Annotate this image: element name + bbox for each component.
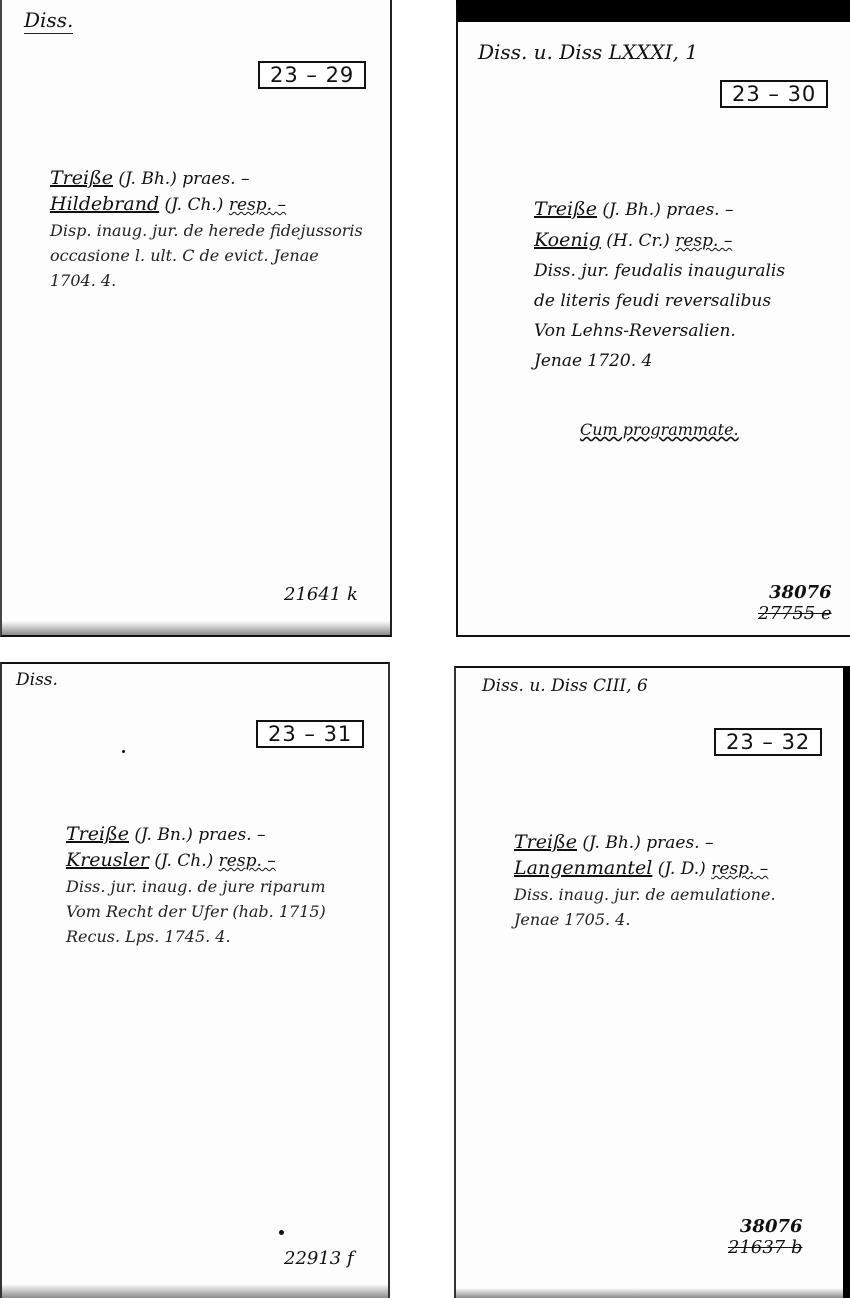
accession-number: 38076 21637 b xyxy=(728,1216,803,1258)
title-line: Disp. inaug. jur. de herede fidejussoris xyxy=(50,218,363,243)
shelf-mark: Diss. xyxy=(24,8,73,34)
praeses-role: praes. – xyxy=(666,200,733,220)
ink-speck xyxy=(122,750,125,753)
accession-line-struck: 27755 e xyxy=(758,603,832,624)
title-line: Jenae 1720. 4 xyxy=(534,346,785,376)
title-line: Diss. jur. feudalis inauguralis xyxy=(534,256,785,286)
title-line: Jenae 1705. 4. xyxy=(514,907,776,932)
praeses-role: praes. – xyxy=(646,833,713,853)
shelf-mark: Diss. u. Diss CIII, 6 xyxy=(482,676,648,696)
accession-line-struck: 21637 b xyxy=(728,1237,803,1258)
respondent-role: resp. – xyxy=(229,195,286,215)
call-number-box: 23 – 29 xyxy=(258,61,366,89)
catalog-card-23-31: Diss. 23 – 31 Treiße (J. Bn.) praes. – K… xyxy=(0,662,390,1298)
program-note: Cum programmate. xyxy=(580,420,739,439)
praeses-initials: (J. Bh.) xyxy=(582,833,640,853)
catalog-entry: Treiße (J. Bh.) praes. – Langenmantel (J… xyxy=(514,830,776,932)
accession-line: 22913 f xyxy=(284,1248,354,1269)
call-number-box: 23 – 30 xyxy=(720,80,828,108)
praeses-role: praes. – xyxy=(198,825,265,845)
praeses-role: praes. – xyxy=(182,169,249,189)
praeses-name: Treiße xyxy=(534,198,597,220)
title-line: Diss. jur. inaug. de jure riparum xyxy=(66,874,326,899)
card-shadow xyxy=(456,1288,843,1298)
praeses-name: Treiße xyxy=(66,823,129,845)
accession-line: 38076 xyxy=(758,582,832,603)
title-line: occasione l. ult. C de evict. Jenae xyxy=(50,243,363,268)
respondent-initials: (H. Cr.) xyxy=(606,231,670,251)
accession-number: 21641 k xyxy=(284,584,358,605)
catalog-entry: Treiße (J. Bh.) praes. – Koenig (H. Cr.)… xyxy=(534,194,785,376)
call-number-box: 23 – 32 xyxy=(714,728,822,756)
respondent-initials: (J. Ch.) xyxy=(165,195,224,215)
shelf-mark: Diss. u. Diss LXXXI, 1 xyxy=(478,40,698,64)
catalog-card-23-32: Diss. u. Diss CIII, 6 23 – 32 Treiße (J.… xyxy=(454,666,850,1298)
accession-line: 21641 k xyxy=(284,584,358,605)
respondent-name: Koenig xyxy=(534,229,601,251)
call-number-box: 23 – 31 xyxy=(256,720,364,748)
title-line: Von Lehns-Reversalien. xyxy=(534,316,785,346)
praeses-initials: (J. Bh.) xyxy=(602,200,660,220)
ink-dot xyxy=(279,1230,284,1235)
respondent-initials: (J. Ch.) xyxy=(154,851,213,871)
respondent-name: Langenmantel xyxy=(514,857,652,879)
title-line: 1704. 4. xyxy=(50,268,363,293)
title-line: Diss. inaug. jur. de aemulatione. xyxy=(514,882,776,907)
title-line: de literis feudi reversalibus xyxy=(534,286,785,316)
respondent-role: resp. – xyxy=(675,231,732,251)
accession-number: 22913 f xyxy=(284,1248,354,1269)
respondent-name: Hildebrand xyxy=(50,193,159,215)
accession-number: 38076 27755 e xyxy=(758,582,832,624)
shelf-mark: Diss. xyxy=(16,670,58,690)
respondent-role: resp. – xyxy=(219,851,276,871)
title-line: Recus. Lps. 1745. 4. xyxy=(66,924,326,949)
praeses-name: Treiße xyxy=(514,831,577,853)
praeses-initials: (J. Bn.) xyxy=(134,825,192,845)
catalog-entry: Treiße (J. Bn.) praes. – Kreusler (J. Ch… xyxy=(66,822,326,949)
card-shadow xyxy=(2,621,390,635)
catalog-entry: Treiße (J. Bh.) praes. – Hildebrand (J. … xyxy=(50,166,363,293)
card-shadow xyxy=(2,1284,388,1298)
accession-line: 38076 xyxy=(728,1216,803,1237)
respondent-role: resp. – xyxy=(711,859,768,879)
respondent-name: Kreusler xyxy=(66,849,149,871)
respondent-initials: (J. D.) xyxy=(658,859,706,879)
title-line: Vom Recht der Ufer (hab. 1715) xyxy=(66,899,326,924)
praeses-name: Treiße xyxy=(50,167,113,189)
catalog-card-23-30: Diss. u. Diss LXXXI, 1 23 – 30 Treiße (J… xyxy=(456,0,850,637)
praeses-initials: (J. Bh.) xyxy=(118,169,176,189)
catalog-card-23-29: Diss. 23 – 29 Treiße (J. Bh.) praes. – H… xyxy=(0,0,392,637)
